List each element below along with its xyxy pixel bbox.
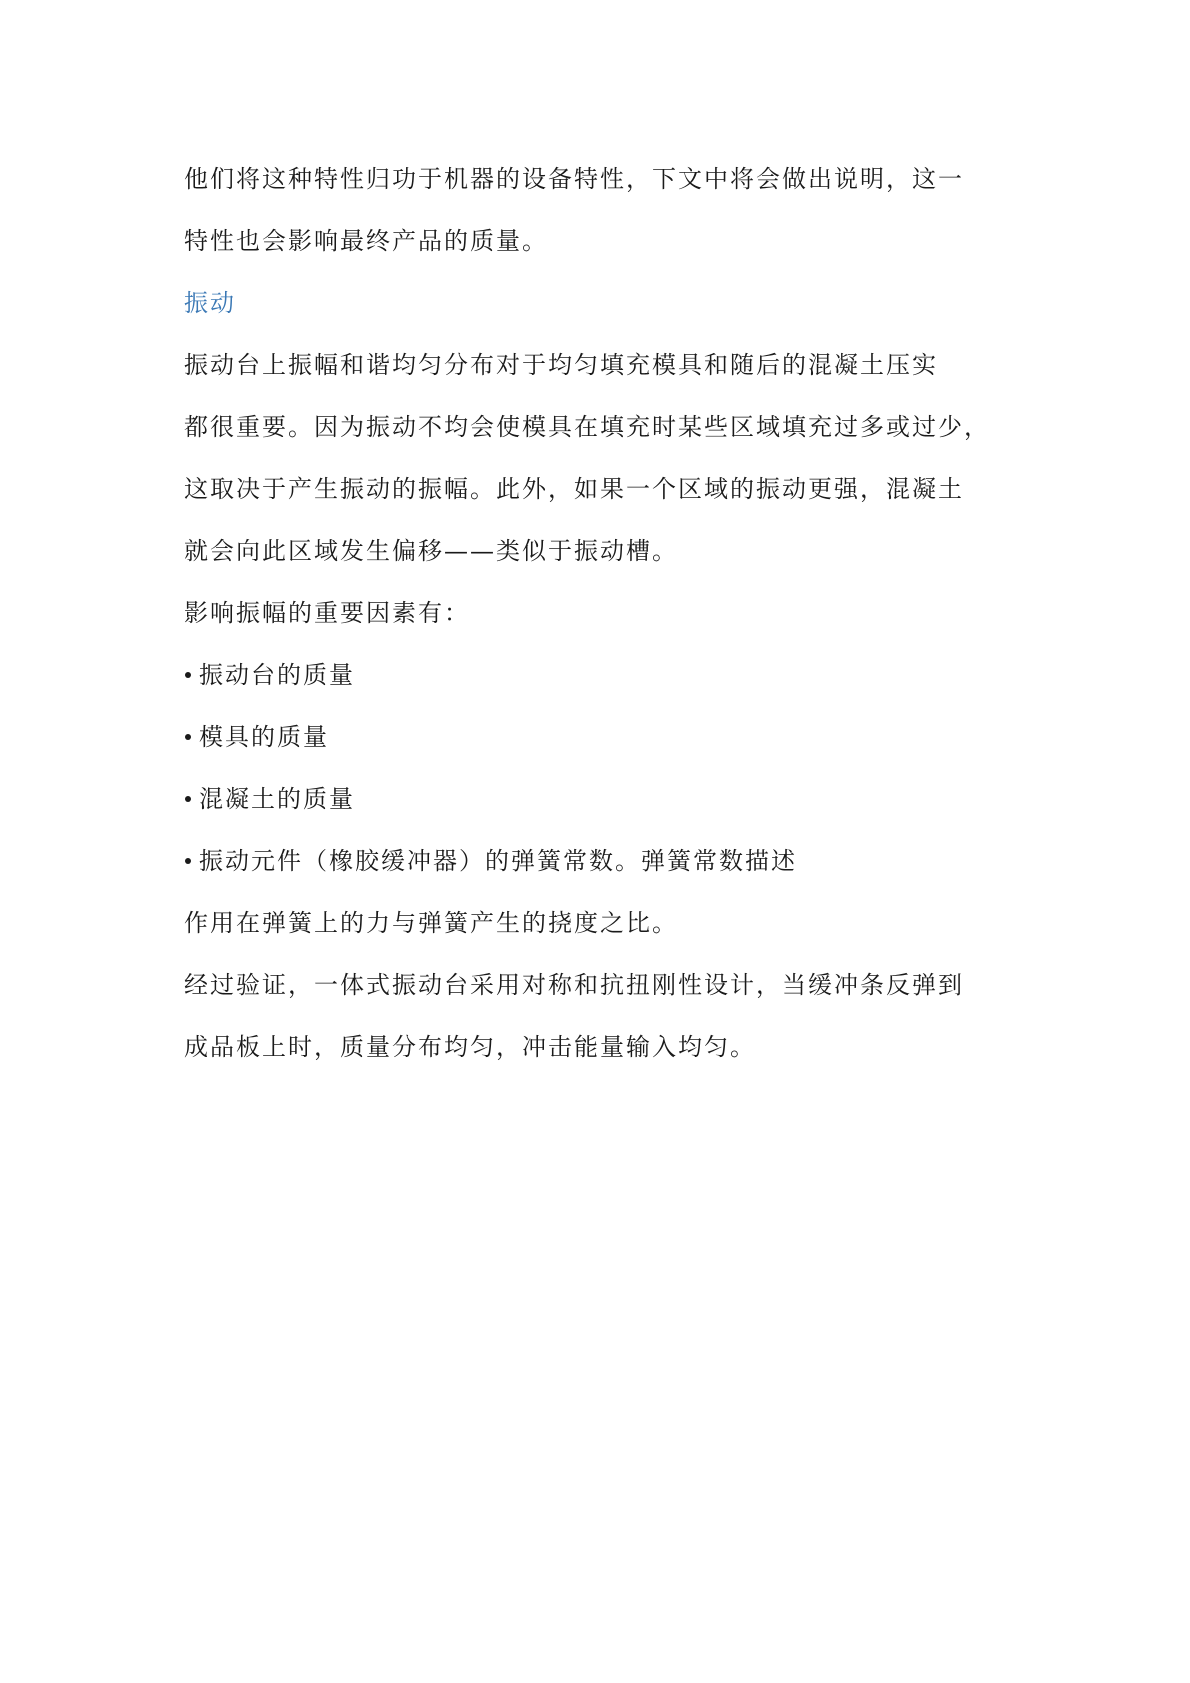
list-item: 混凝土的质量 xyxy=(184,768,1024,830)
list-item-text: 混凝土的质量 xyxy=(199,768,355,830)
list-item-text: 振动台的质量 xyxy=(199,644,355,706)
paragraph-3-line-2: 成品板上时，质量分布均匀，冲击能量输入均匀。 xyxy=(184,1016,1024,1078)
paragraph-2-line-2: 都很重要。因为振动不均会使模具在填充时某些区域填充过多或过少， xyxy=(184,396,1024,458)
paragraph-2-line-1: 振动台上振幅和谐均匀分布对于均匀填充模具和随后的混凝土压实 xyxy=(184,334,1024,396)
paragraph-3-line-1: 经过验证，一体式振动台采用对称和抗扭刚性设计，当缓冲条反弹到 xyxy=(184,954,1024,1016)
list-item: 模具的质量 xyxy=(184,706,1024,768)
bullet-icon xyxy=(185,796,191,802)
list-item: 振动元件（橡胶缓冲器）的弹簧常数。弹簧常数描述 xyxy=(184,830,1024,892)
document-page: 他们将这种特性归功于机器的设备特性，下文中将会做出说明，这一 特性也会影响最终产… xyxy=(184,148,1024,1078)
list-item-text: 模具的质量 xyxy=(199,706,329,768)
factors-intro: 影响振幅的重要因素有： xyxy=(184,582,1024,644)
paragraph-1-line-2: 特性也会影响最终产品的质量。 xyxy=(184,210,1024,272)
factors-continuation: 作用在弹簧上的力与弹簧产生的挠度之比。 xyxy=(184,892,1024,954)
list-item-text: 振动元件（橡胶缓冲器）的弹簧常数。弹簧常数描述 xyxy=(199,830,797,892)
list-item: 振动台的质量 xyxy=(184,644,1024,706)
bullet-icon xyxy=(185,734,191,740)
paragraph-2-line-4: 就会向此区域发生偏移——类似于振动槽。 xyxy=(184,520,1024,582)
section-heading: 振动 xyxy=(184,272,1024,334)
paragraph-2-line-3: 这取决于产生振动的振幅。此外，如果一个区域的振动更强，混凝土 xyxy=(184,458,1024,520)
paragraph-1-line-1: 他们将这种特性归功于机器的设备特性，下文中将会做出说明，这一 xyxy=(184,148,1024,210)
bullet-icon xyxy=(185,672,191,678)
bullet-icon xyxy=(185,858,191,864)
